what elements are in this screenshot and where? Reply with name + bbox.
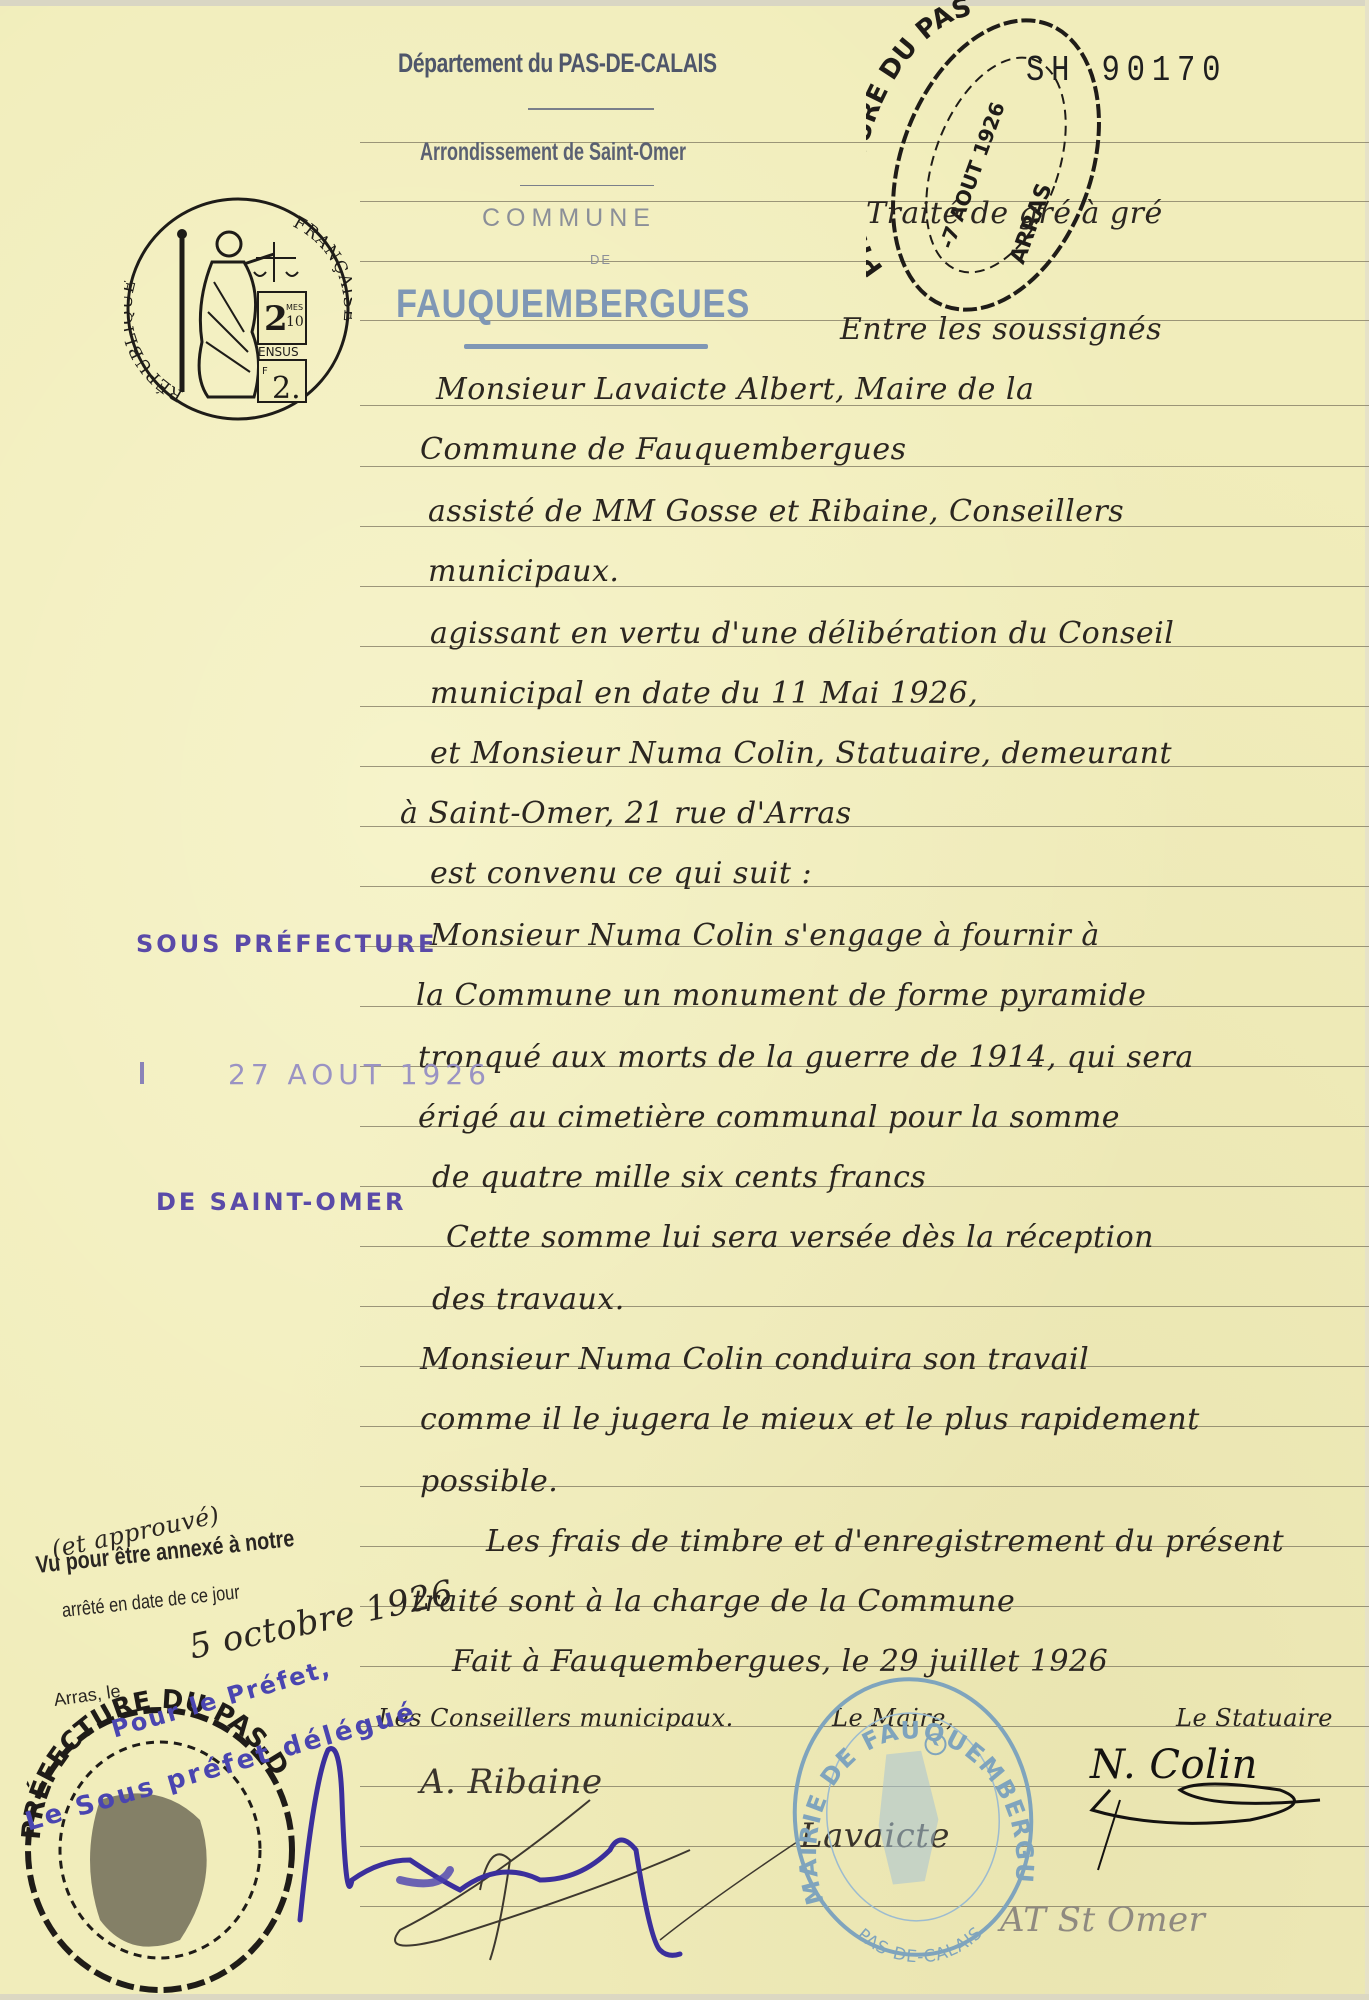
body-line: de quatre mille six cents francs: [432, 1160, 926, 1195]
body-line: assisté de MM Gosse et Ribaine, Conseill…: [428, 494, 1124, 529]
prefect-signature-stroke-icon: [240, 1740, 800, 1970]
prefecture-stamp: PRÉFECTURE DU PAS-DE-CALAIS -7 AOUT 1926…: [866, 0, 1126, 330]
sous-prefecture-stamp-date: 27 AOUT 1926: [228, 1058, 491, 1091]
body-line: comme il le jugera le mieux et le plus r…: [420, 1402, 1200, 1437]
department-header: Département du PAS-DE-CALAIS: [398, 48, 717, 79]
ornament-divider: [520, 185, 654, 186]
de-label: DE: [590, 252, 612, 267]
body-line: des travaux.: [432, 1282, 625, 1317]
body-line: Monsieur Lavaicte Albert, Maire de la: [436, 372, 1034, 407]
body-line: Monsieur Numa Colin s'engage à fournir à: [430, 918, 1100, 953]
body-line: municipaux.: [428, 554, 619, 589]
body-line: est convenu ce qui suit :: [430, 856, 812, 891]
ornament-divider: [528, 108, 654, 110]
prefecture-oval-stamp-icon: PRÉFECTURE DU PAS-DE-CALAIS -7 AOUT 1926…: [866, 0, 1126, 330]
body-line: Monsieur Numa Colin conduira son travail: [420, 1342, 1089, 1377]
svg-text:10: 10: [286, 314, 304, 330]
body-line: traité sont à la charge de la Commune: [412, 1584, 1015, 1619]
stamp-bracket: [140, 1062, 144, 1084]
svg-text:2.: 2.: [272, 371, 301, 406]
body-line: Les frais de timbre et d'enregistrement …: [486, 1524, 1284, 1559]
svg-text:F: F: [262, 366, 268, 377]
document-page: Département du PAS-DE-CALAIS Arrondissem…: [0, 0, 1369, 2000]
body-line: Commune de Fauquembergues: [420, 432, 907, 467]
svg-text:RÉPUBLIQUE: RÉPUBLIQUE: [124, 277, 186, 405]
mairie-seal: MAIRIE DE FAUQUEMBERGUES PAS-DE-CALAIS: [768, 1672, 1058, 1962]
body-line: la Commune un monument de forme pyramide: [416, 978, 1146, 1013]
commune-underline-ornament: [464, 344, 708, 349]
approval-printed-line2: arrêté en date de ce jour: [61, 1581, 241, 1623]
body-line: possible.: [420, 1464, 558, 1499]
body-line: et Monsieur Numa Colin, Statuaire, demeu…: [430, 736, 1172, 771]
sculptor-label: Le Statuaire: [1176, 1704, 1333, 1732]
sculptor-signature-flourish-icon: [1080, 1770, 1340, 1890]
justice-seal-icon: RÉPUBLIQUE FRANÇAISE 2 MES 10 ENSUS F 2.: [124, 192, 352, 426]
body-line: municipal en date du 11 Mai 1926,: [430, 676, 978, 711]
commune-label: COMMUNE: [482, 204, 656, 233]
sous-prefecture-stamp-line1: SOUS PRÉFECTURE: [136, 930, 437, 958]
body-line: agissant en vertu d'une délibération du …: [430, 616, 1174, 651]
councillors-label: Les Conseillers municipaux.: [378, 1704, 734, 1732]
sous-prefecture-stamp-line3: DE SAINT-OMER: [156, 1188, 407, 1216]
body-line: Cette somme lui sera versée dès la récep…: [446, 1220, 1154, 1255]
svg-text:PAS-DE-CALAIS: PAS-DE-CALAIS: [852, 1912, 990, 1962]
body-line: Entre les soussignés: [840, 312, 1162, 347]
body-line: à Saint-Omer, 21 rue d'Arras: [400, 796, 852, 831]
svg-text:2: 2: [264, 299, 288, 339]
svg-text:ENSUS: ENSUS: [258, 345, 299, 359]
body-line: érigé au cimetière communal pour la somm…: [418, 1100, 1120, 1135]
body-line: tronqué aux morts de la guerre de 1914, …: [418, 1040, 1194, 1075]
fiscal-stamp: RÉPUBLIQUE FRANÇAISE 2 MES 10 ENSUS F 2.: [124, 192, 352, 426]
body-line: Traité de gré à gré: [866, 196, 1163, 231]
arrondissement-header: Arrondissement de Saint-Omer: [420, 138, 686, 167]
svg-text:MES: MES: [286, 303, 303, 312]
commune-name-stamp: FAUQUEMBERGUES: [396, 282, 750, 327]
mairie-seal-icon: MAIRIE DE FAUQUEMBERGUES PAS-DE-CALAIS: [768, 1672, 1058, 1962]
